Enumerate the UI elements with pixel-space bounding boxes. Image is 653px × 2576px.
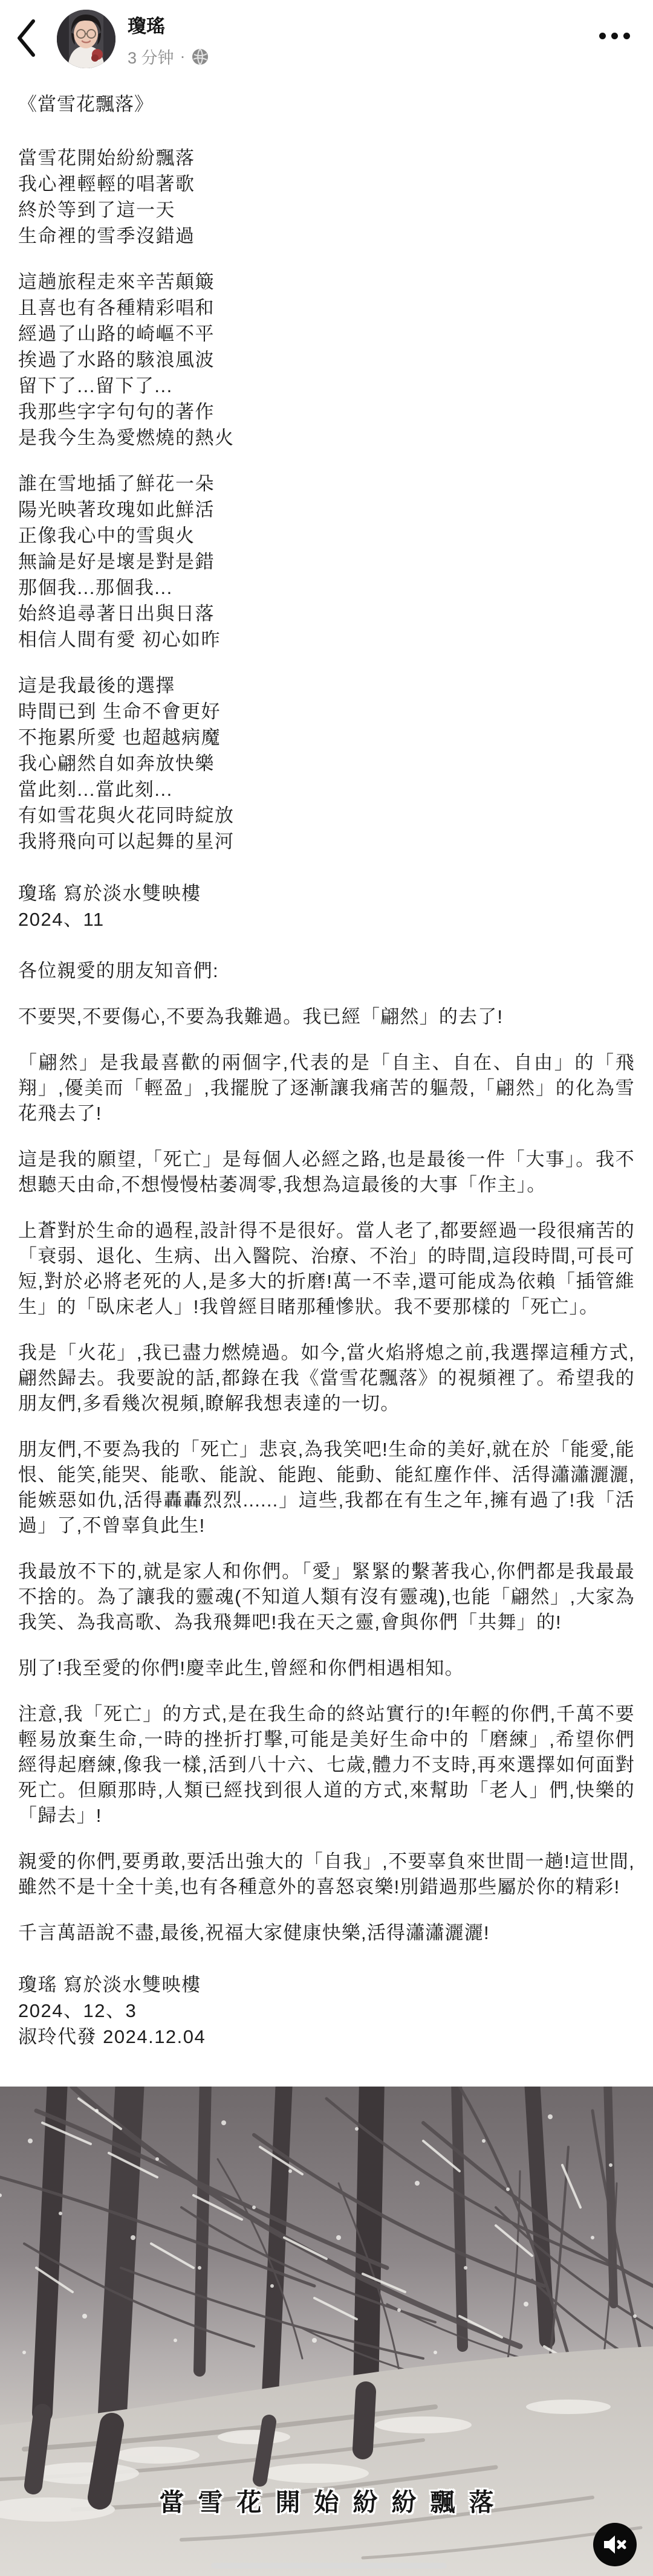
poem-line: 不拖累所愛 也超越病魔 (18, 725, 635, 751)
video-player[interactable]: 當雪花開始紛紛飄落 (0, 2087, 653, 2576)
letter-paragraph: 親愛的你們,要勇敢,要活出強大的「自我」,不要辜負來世間一趟!這世間,雖然不是十… (18, 1849, 635, 1900)
post-title: 《當雪花飄落》 (18, 92, 635, 117)
video-subtitle: 當雪花開始紛紛飄落 (14, 2482, 653, 2518)
signature-line: 2024、11 (18, 906, 635, 932)
poem-line: 我那些字字句句的著作 (18, 399, 635, 425)
poem-stanza-2: 這趟旅程走來辛苦顛簸且喜也有各種精彩唱和經過了山路的崎嶇不平挨過了水路的駭浪風波… (18, 269, 635, 451)
signature-november: 瓊瑤 寫於淡水雙映樓2024、11 (18, 880, 635, 932)
poem-line: 我心裡輕輕的唱著歌 (18, 171, 635, 197)
poem-line: 當雪花開始紛紛飄落 (18, 145, 635, 171)
speaker-muted-icon (602, 2533, 628, 2556)
poem-line: 終於等到了這一天 (18, 197, 635, 223)
signature-line: 瓊瑤 寫於淡水雙映樓 (18, 1972, 635, 1998)
poem-line: 始終追尋著日出與日落 (18, 601, 635, 627)
letter-salutation: 各位親愛的朋友知音們: (18, 958, 635, 984)
poem-line: 無論是好是壞是對是錯 (18, 549, 635, 575)
separator-dot: · (180, 47, 186, 66)
user-name[interactable]: 瓊瑤 (128, 16, 209, 37)
chevron-left-icon (16, 18, 36, 58)
mute-button[interactable] (593, 2523, 637, 2566)
poem-line: 那個我...那個我... (18, 575, 635, 601)
avatar[interactable] (57, 10, 115, 68)
poem-line: 是我今生為愛燃燒的熱火 (18, 425, 635, 451)
poem-line: 時間已到 生命不會更好 (18, 699, 635, 725)
ellipsis-dot (611, 33, 618, 39)
letter-paragraph: 朋友們,不要為我的「死亡」悲哀,為我笑吧!生命的美好,就在於「能愛,能恨、能笑,… (18, 1437, 635, 1538)
farewell-letter: 不要哭,不要傷心,不要為我難過。我已經「翩然」的去了!「翩然」是我最喜歡的兩個字… (18, 1004, 635, 1946)
post-body: 《當雪花飄落》 當雪花開始紛紛飄落我心裡輕輕的唱著歌終於等到了這一天生命裡的雪季… (0, 71, 653, 2070)
poem-line: 我將飛向可以起舞的星河 (18, 828, 635, 854)
poem-line: 這是我最後的選擇 (18, 673, 635, 699)
poem-line: 相信人間有愛 初心如昨 (18, 627, 635, 653)
letter-paragraph: 不要哭,不要傷心,不要為我難過。我已經「翩然」的去了! (18, 1004, 635, 1030)
avatar-portrait (57, 10, 115, 68)
poem-line: 當此刻...當此刻... (18, 776, 635, 802)
post-screen: 瓊瑤 3 分钟 · 《當雪花飄落》 當雪花開始紛紛飄落我心裡輕輕的唱著歌終於等到… (0, 0, 653, 2576)
poem: 當雪花開始紛紛飄落我心裡輕輕的唱著歌終於等到了這一天生命裡的雪季沒錯過 這趟旅程… (18, 145, 635, 854)
poem-stanza-4: 這是我最後的選擇時間已到 生命不會更好不拖累所愛 也超越病魔我心翩然自如奔放快樂… (18, 673, 635, 854)
header-meta: 瓊瑤 3 分钟 · (128, 16, 209, 68)
letter-paragraph: 別了!我至愛的你們!慶幸此生,曾經和你們相遇相知。 (18, 1656, 635, 1681)
poem-line: 陽光映著玫瑰如此鮮活 (18, 497, 635, 523)
poem-line: 有如雪花與火花同時綻放 (18, 802, 635, 828)
poem-stanza-3: 誰在雪地插了鮮花一朵陽光映著玫瑰如此鮮活正像我心中的雪與火無論是好是壞是對是錯那… (18, 471, 635, 653)
poem-line: 這趟旅程走來辛苦顛簸 (18, 269, 635, 295)
ellipsis-dot (599, 33, 606, 39)
globe-icon (192, 48, 209, 65)
poem-line: 經過了山路的崎嶇不平 (18, 321, 635, 347)
video-progress-bar[interactable] (211, 2563, 447, 2569)
letter-paragraph: 「翩然」是我最喜歡的兩個字,代表的是「自主、自在、自由」的「飛翔」,優美而「輕盈… (18, 1050, 635, 1126)
back-button[interactable] (16, 17, 40, 59)
signature-line: 2024、12、3 (18, 1998, 635, 2024)
poem-line: 挨過了水路的駭浪風波 (18, 347, 635, 373)
poem-line: 生命裡的雪季沒錯過 (18, 223, 635, 249)
letter-paragraph: 上蒼對於生命的過程,設計得不是很好。當人老了,都要經過一段很痛苦的「衰弱、退化、… (18, 1218, 635, 1320)
letter-paragraph: 注意,我「死亡」的方式,是在我生命的終站實行的!年輕的你們,千萬不要輕易放棄生命… (18, 1702, 635, 1829)
post-meta-row: 3 分钟 · (128, 45, 209, 68)
timestamp: 3 分钟 (128, 45, 174, 68)
signature-line: 淑玲代發 2024.12.04 (18, 2024, 635, 2050)
poem-line: 正像我心中的雪與火 (18, 523, 635, 549)
poem-line: 我心翩然自如奔放快樂 (18, 751, 635, 776)
poem-line: 留下了...留下了... (18, 373, 635, 399)
poem-stanza-1: 當雪花開始紛紛飄落我心裡輕輕的唱著歌終於等到了這一天生命裡的雪季沒錯過 (18, 145, 635, 249)
more-options-button[interactable] (596, 29, 634, 43)
letter-paragraph: 千言萬語說不盡,最後,祝福大家健康快樂,活得瀟瀟灑灑! (18, 1920, 635, 1946)
signature-line: 瓊瑤 寫於淡水雙映樓 (18, 880, 635, 906)
letter-paragraph: 這是我的願望,「死亡」是每個人必經之路,也是最後一件「大事」。我不想聽天由命,不… (18, 1147, 635, 1198)
letter-paragraph: 我最放不下的,就是家人和你們。「愛」緊緊的繫著我心,你們都是我最最不捨的。為了讓… (18, 1559, 635, 1635)
ellipsis-dot (623, 33, 630, 39)
poem-line: 誰在雪地插了鮮花一朵 (18, 471, 635, 497)
post-header: 瓊瑤 3 分钟 · (0, 0, 653, 71)
signature-december: 瓊瑤 寫於淡水雙映樓2024、12、3淑玲代發 2024.12.04 (18, 1972, 635, 2050)
poem-line: 且喜也有各種精彩唱和 (18, 295, 635, 321)
letter-paragraph: 我是「火花」,我已盡力燃燒過。如今,當火焰將熄之前,我選擇這種方式,翩然歸去。我… (18, 1340, 635, 1416)
